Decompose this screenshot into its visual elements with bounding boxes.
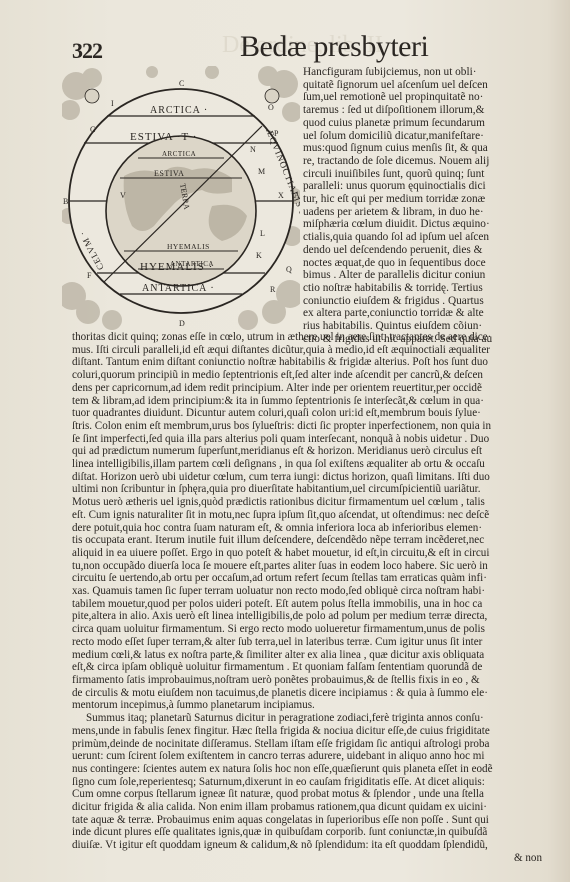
text-line: ctio noſtræ habitabilis & torridę. Terti… [303,282,549,295]
text-line: Summus itaq; planetarũ Saturnus dicitur … [72,712,552,725]
svg-text:P: P [274,129,279,138]
text-line: de circulis & motu eiuſdem non tacuimus,… [72,687,552,700]
svg-text:ESTIVA ·T ·: ESTIVA ·T · [130,131,197,143]
text-line: Cum omne corpus ſtellarum igneæ ſit natu… [72,788,552,801]
svg-text:ANTARTICA ·: ANTARTICA · [142,283,215,294]
book-page: De ordine, lib. II. 322 Bedæ presbyteri [0,0,570,882]
text-line: tabilem mouetur,quod per polos uideri po… [72,598,552,611]
svg-text:M: M [258,167,265,176]
text-line: dendo uel deſcendendo peruenit, dies & [303,244,549,257]
text-line: tis occupata erant. Iterum inutile fuit … [72,534,552,547]
svg-text:O: O [268,103,274,112]
text-line: bimus . Alter de parallelis dicitur coni… [303,269,549,282]
text-line: tate aquæ & terræ. Probauimus enim aquas… [72,814,552,827]
text-line: circa quam uoluitur firmamentum. Si ergo… [72,623,552,636]
text-line: diuiſæ. Vt igitur eſt quoddam igneum & c… [72,839,552,852]
text-line: inde dicunt plures eſſe qualitates ignis… [72,826,552,839]
text-line: ultimi non ſcribuntur in ſphęra,quia pro… [72,483,552,496]
text-line: dicitur frigida & alia calida. Non enim … [72,801,552,814]
text-line: medium cœli,& latus ex noſtra parte,& ſi… [72,649,552,662]
zones-diagram: ARCTICA · ESTIVA ·T · HYEMALIS · ANTARTI… [62,66,300,332]
text-line: ſe ſint imperfecti,ſed quia illa pars al… [72,433,552,446]
page-number: 322 [72,38,102,64]
main-body-text: thoritas dicit quinq; zonas eſſe in cœlo… [72,331,552,865]
svg-text:C: C [179,79,184,88]
text-line: mus. Iſti circuli paralleli,id eſt æqui … [72,344,552,357]
text-line: linea intelligibilis,illam partem cœli d… [72,458,552,471]
text-line: circuitu ſe uertendo,ab ortu per occaſum… [72,572,552,585]
text-line: qui ad prædictum numerum ſuperſunt,merid… [72,445,552,458]
running-title: Bedæ presbyteri [240,30,428,64]
svg-text:V: V [120,191,126,200]
text-line: Motus uerò ætheris uel ignis,quòd prædic… [72,496,552,509]
text-line: tem & libram,ad idem principium:& ita in… [72,395,552,408]
text-line: eſt,& circa ipſam obliquè uoluitur firma… [72,661,552,674]
svg-text:ARCTICA ·: ARCTICA · [150,105,208,116]
svg-text:R: R [270,285,276,294]
text-line: ctialis,quia quando ſol ad ipſum uel aſc… [303,231,549,244]
text-line: noctes æquat,de quo in ſequentibus doce [303,257,549,270]
text-line: eſt. Cum ignis naturaliter ſit in motu,n… [72,509,552,522]
text-line: diſtant. Tantum enim diſtant coniunctio … [72,356,552,369]
text-line: tuor quadrantes diuidunt. Dicuntur autem… [72,407,552,420]
svg-text:ESTIVA: ESTIVA [154,169,184,178]
svg-text:A: A [294,191,300,200]
text-line: dens per capricornum,ad idem redit princ… [72,382,552,395]
text-line: miſphæria cœlum diuidit. Dictus æquino· [303,218,549,231]
text-line: diſtat. Horizon uerò ubi uidetur cœlum, … [72,471,552,484]
text-line: & non [72,852,552,865]
svg-text:G: G [90,125,96,134]
svg-text:K: K [256,251,262,260]
svg-text:HYEMALIS: HYEMALIS [167,242,210,251]
text-line: aliquid in ea uiuere poſſet. Ergo in quo… [72,547,552,560]
text-line: xas. Quamuis tamen ſic ſuper terram uolu… [72,585,552,598]
text-line: uel ſolum domiciliũ dicatur,manifeſtare· [303,130,549,143]
text-line: mens,unde in fabulis ſenex fingitur. Hæc… [72,725,552,738]
text-line: coniunctio eiuſdem & frigidus . Quartus [303,295,549,308]
text-line: re, tractando de ſole dicemus. Nouem ali… [303,155,549,168]
text-line: quod cuius planetæ primum ſecundarum [303,117,549,130]
right-column-text: Hancfiguram ſubijciemus, non ut obli· qu… [303,66,549,345]
svg-text:Q: Q [286,265,292,274]
svg-text:F: F [87,271,92,280]
text-line: uerunt: cum ſcirent ſolem exiſtentem in … [72,750,552,763]
text-line: ſum,uel remotionẽ uel propinquitatẽ no· [303,91,549,104]
text-line: mus:quod ſignum cuius menſis ſit, & qua [303,142,549,155]
text-line: mentorum incepimus,à ſummo planetarum in… [72,699,552,712]
text-line: dere potuit,quia hoc contra ſuam naturam… [72,522,552,535]
svg-text:L: L [260,229,265,238]
svg-text:D: D [179,319,185,328]
text-line: primùm,deinde de nocinitate diſſeramus. … [72,738,552,751]
svg-text:ANTARTICA: ANTARTICA [170,260,214,268]
svg-text:N: N [250,145,256,154]
text-line: recto modo eſſet ſuper terram,& alter ſu… [72,636,552,649]
text-line: thoritas dicit quinq; zonas eſſe in cœlo… [72,331,552,344]
text-line: taremus : ſed ut diſpoſitionem illorum,& [303,104,549,117]
text-line: tu,non occupãdo diuerſa loca ſe mouere e… [72,560,552,573]
svg-text:X: X [278,191,284,200]
text-line: firmamento ſatis improbauimus,noſtram ue… [72,674,552,687]
text-line: paralleli: unus quorum ęquinoctialis dic… [303,180,549,193]
svg-text:B: B [63,197,68,206]
text-line: coluri,quorum principiũ in medio ſeptent… [72,369,552,382]
svg-text:ARCTICA: ARCTICA [162,150,196,158]
text-line: pite,altera in alio. Axis uerò eſt linea… [72,610,552,623]
text-line: ſtris. Colon enim eſt membrum,urus bos ſ… [72,420,552,433]
svg-text:I: I [111,99,114,108]
text-line: nus contingere: ſcientes autem ex natura… [72,763,552,776]
text-line: uadens per arietem & libram, in duo he· [303,206,549,219]
text-line: ſigno cum ſole,reperientesq; Saturnum,di… [72,776,552,789]
text-line: Hancfiguram ſubijciemus, non ut obli· [303,66,549,79]
text-line: tur, hic eſt qui per medium torridæ zonæ [303,193,549,206]
text-line: quitatẽ ſignorum uel aſcenſum uel deſcen [303,79,549,92]
text-line: circuli inuiſibiles ſunt, quorũ quinq; ſ… [303,168,549,181]
text-line: ex altera parte,coniunctio torridæ & alt… [303,307,549,320]
page-header: De ordine, lib. II. 322 Bedæ presbyteri [72,28,492,64]
